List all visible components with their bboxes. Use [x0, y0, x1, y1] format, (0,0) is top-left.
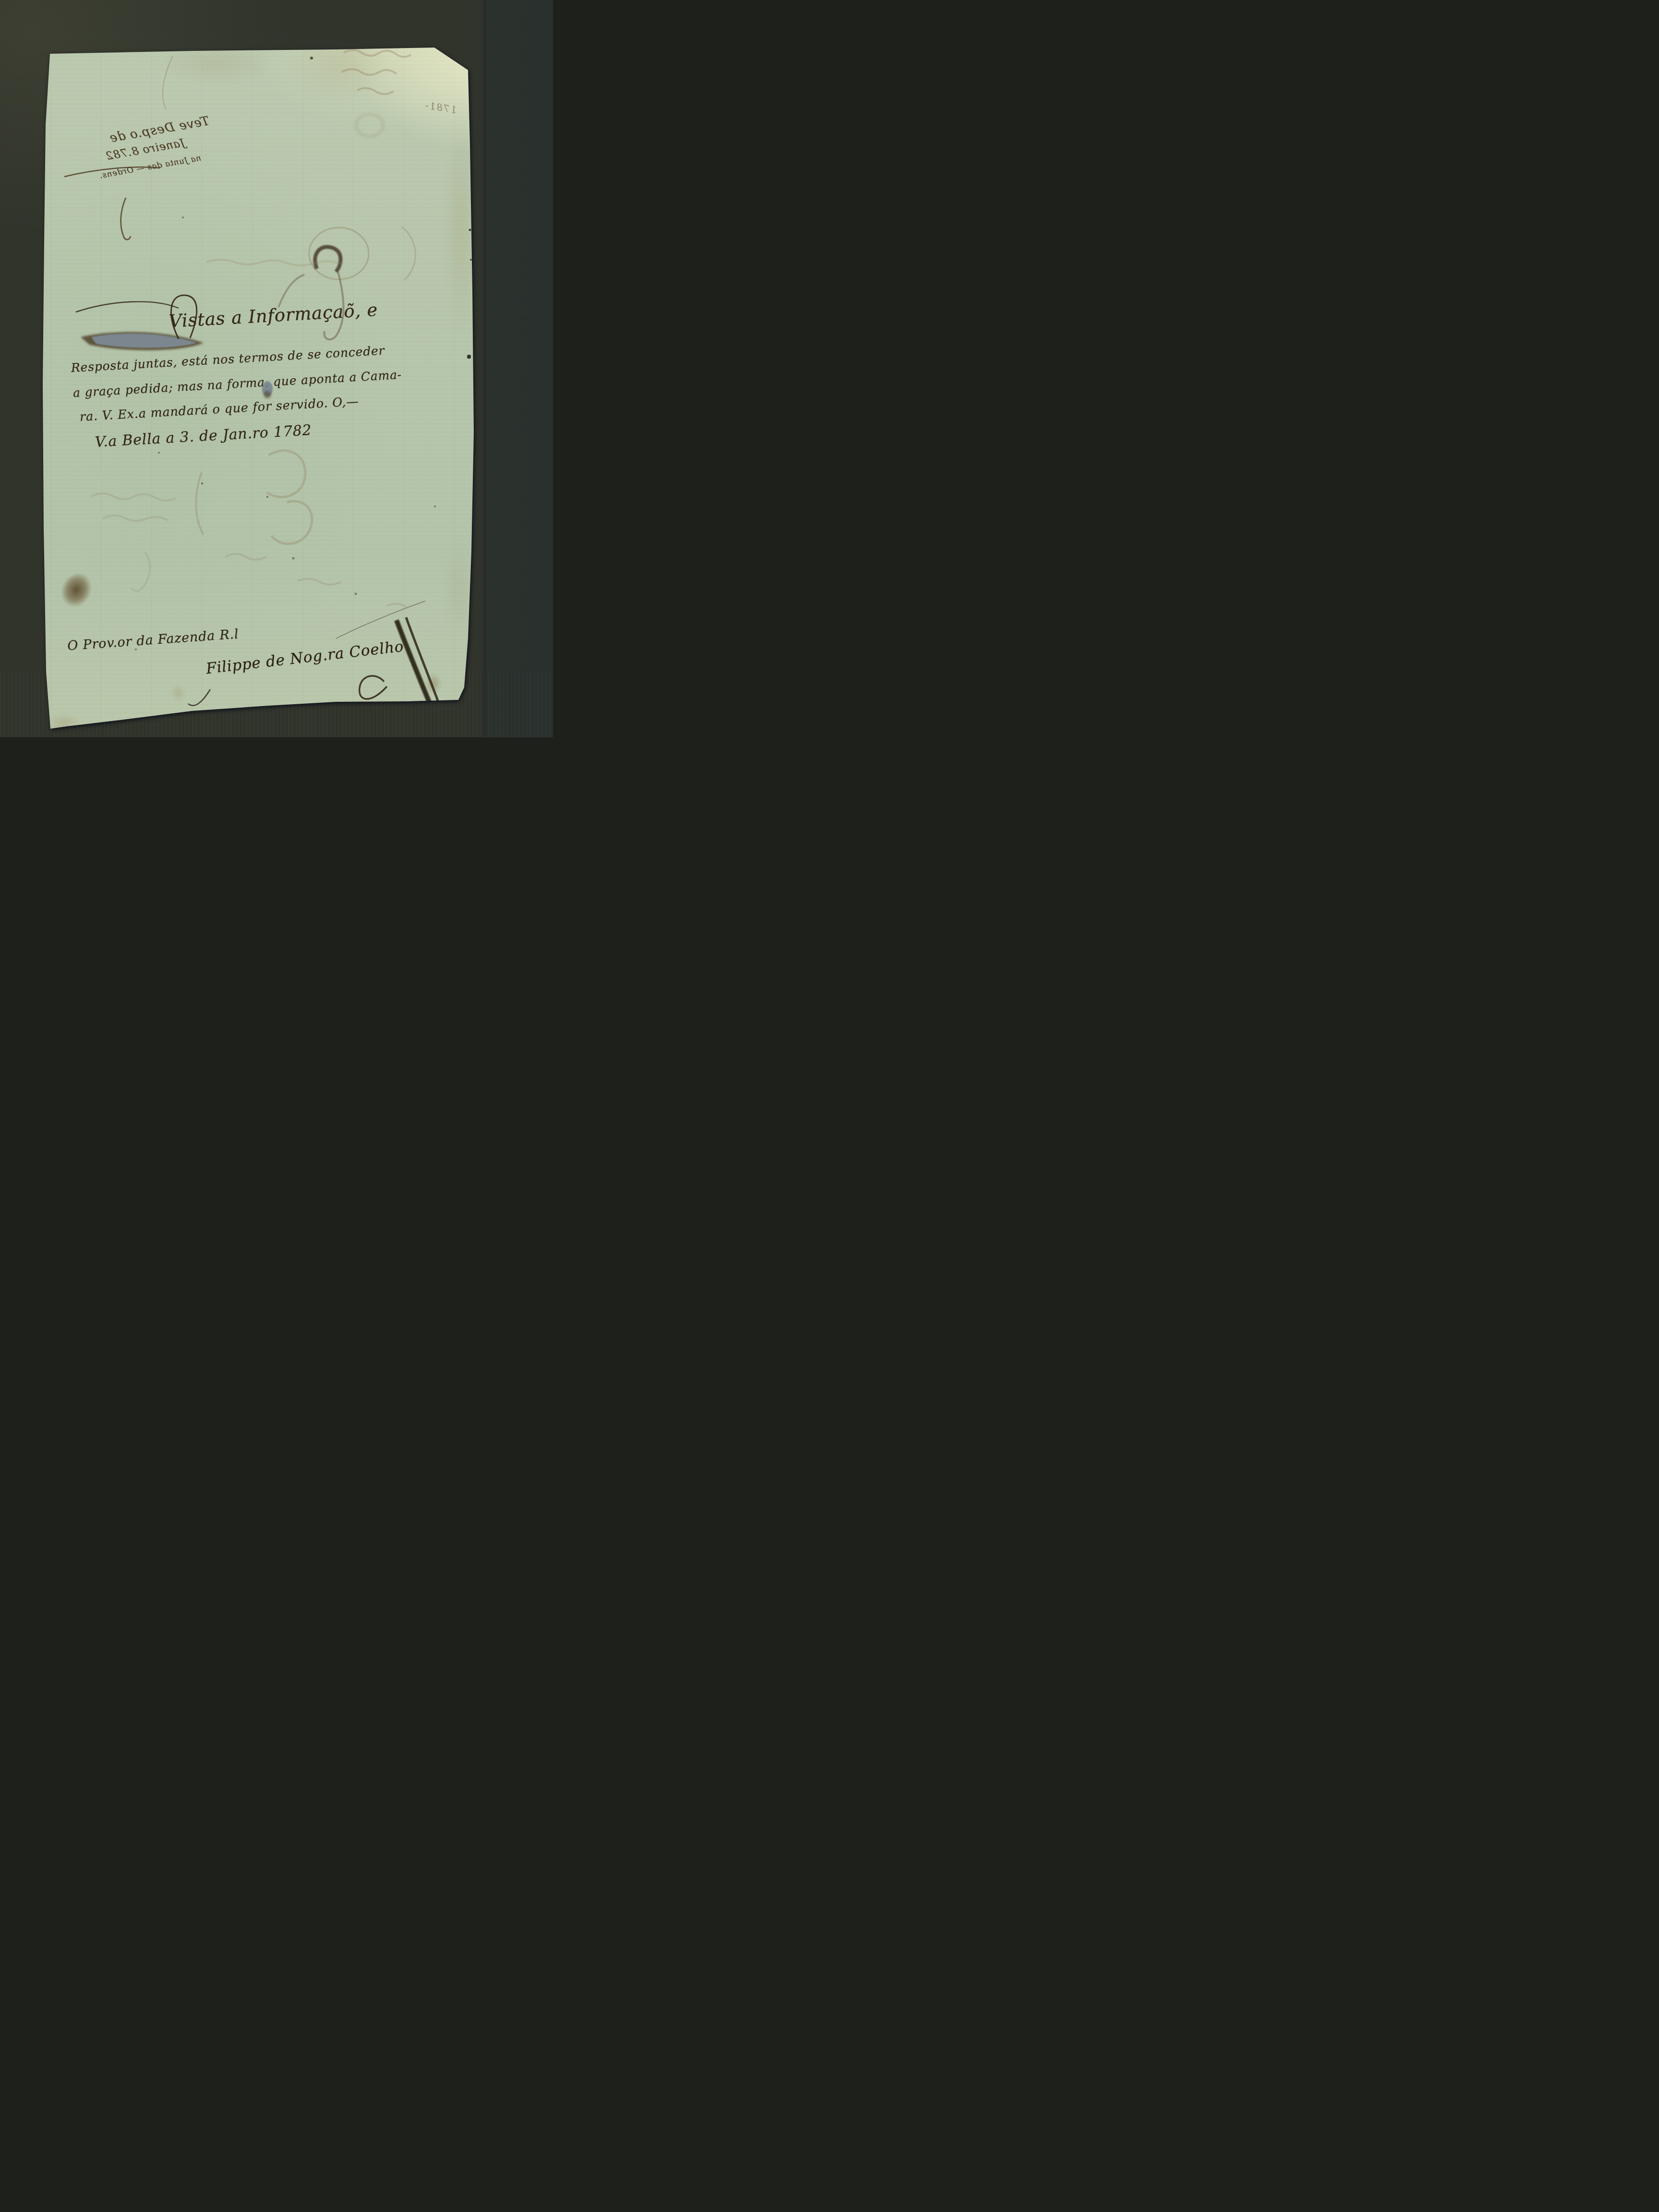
salutation-line: M.mo e Ex.mo Snr. — [142, 14, 383, 53]
salutation-superscript-2: mo — [288, 18, 314, 36]
paper-sheet-wrap: M.mo e Ex.mo Snr. Teve Desp.o de Janeiro… — [0, 0, 553, 737]
ink-specks — [0, 0, 1, 1]
salutation-mid: e Ex. — [205, 18, 289, 50]
salutation-end: Snr. — [313, 14, 383, 46]
salutation-initial: M. — [142, 23, 180, 53]
salutation-opening-swash — [144, 23, 179, 45]
salutation-tail-swash — [336, 40, 360, 48]
salutation-superscript: mo — [179, 23, 206, 40]
photographed-document-scene: M.mo e Ex.mo Snr. Teve Desp.o de Janeiro… — [0, 0, 553, 737]
paper-sheet: M.mo e Ex.mo Snr. Teve Desp.o de Janeiro… — [0, 0, 553, 737]
